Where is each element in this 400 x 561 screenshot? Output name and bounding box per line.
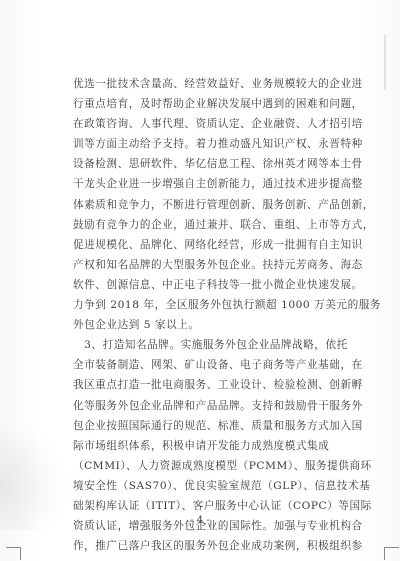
text-line: 行重点培育，及时帮助企业解决发展中遇到的困难和问题， [73, 94, 341, 114]
scan-shadow [0, 420, 70, 530]
crop-mark-right [384, 547, 399, 560]
page-number: - 4 - [0, 515, 400, 526]
text-line: 鼓励有竞争力的企业，通过兼并、联合、重组、上市等方式， [73, 215, 341, 235]
body-text: 优选一批技术含量高、经营效益好、业务规模较大的企业进 行重点培育，及时帮助企业解… [73, 74, 341, 556]
text-line: 包企业按照国际通行的规范、标准、质量和服务方式加入国 [73, 416, 341, 436]
text-line: 外包企业达到 5 家以上。 [73, 315, 341, 335]
text-line: 力争到 2018 年，全区服务外包执行额超 1000 万美元的服务 [73, 295, 341, 315]
text-line: 训等方面主动给予支持。着力推动盛凡知识产权、永晋特种 [73, 134, 341, 154]
text-line: 在政策咨询、人事代理、资质认定、企业融资、人才招引培 [73, 114, 341, 134]
text-line: 设备检测、思研软件、华亿信息工程、徐州英才网等本土骨 [73, 154, 341, 174]
text-line: 际市场组织体系，积极申请开发能力成熟度模式集成 [73, 436, 341, 456]
text-line: 我区重点打造一批电商服务、工业设计、检验检测、创新孵 [73, 375, 341, 395]
text-line: 干龙头企业进一步增强自主创新能力，通过技术进步提高整 [73, 174, 341, 194]
crop-mark-left [6, 547, 21, 560]
text-line: 产权和知名品牌的大型服务外包企业。扶持元芳商务、海态 [73, 255, 341, 275]
document-page: 优选一批技术含量高、经营效益好、业务规模较大的企业进 行重点培育，及时帮助企业解… [0, 0, 400, 561]
section-heading-line: 3、打造知名品牌。实施服务外包企业品牌战略，依托 [73, 335, 341, 355]
text-line: 体素质和竞争力，不断进行管理创新、服务创新、产品创新， [73, 195, 341, 215]
text-line: 全市装备制造、网架、矿山设备、电子商务等产业基础，在 [73, 355, 341, 375]
text-line: 促进规模化、品牌化、网络化经营，形成一批拥有自主知识 [73, 235, 341, 255]
text-line: 化等服务外包企业品牌和产品品牌。支持和鼓励骨干服务外 [73, 396, 341, 416]
text-line: 础架构库认证（ITIT）、客户服务中心认证（COPC）等国际 [73, 496, 341, 516]
page-edge-mark [384, 35, 386, 90]
text-line: 软件、创源信息、中正电子科技等一批小微企业快速发展。 [73, 275, 341, 295]
text-line: 作，推广已落户我区的服务外包企业成功案例，积极组织参 [73, 536, 341, 556]
text-line: （CMMI）、人力资源成熟度模型（PCMM）、服务提供商环 [73, 456, 341, 476]
text-line: 境安全性（SAS70）、优良实验室规范（GLP）、信息技术基 [73, 476, 341, 496]
text-line: 优选一批技术含量高、经营效益好、业务规模较大的企业进 [73, 74, 341, 94]
